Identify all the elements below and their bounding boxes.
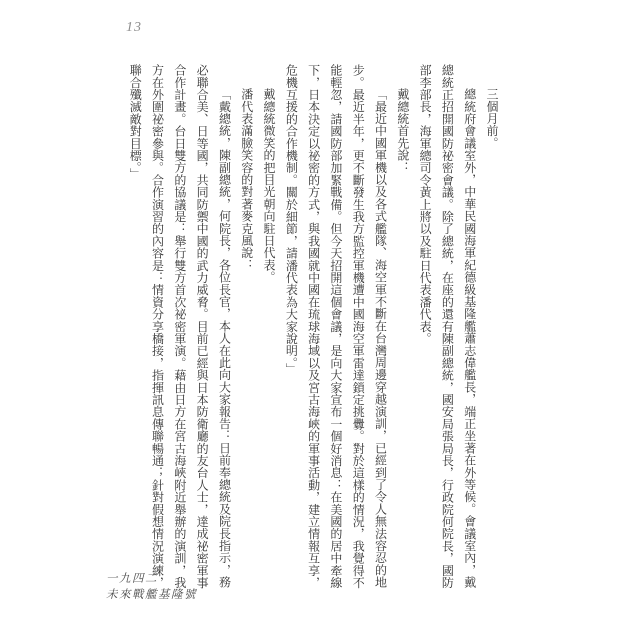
vertical-text-block: 三個月前。 總統府會議室外，中華民國海軍紀德級基隆艦蕭志偉艦長，端正坐著在外等候…	[124, 64, 503, 589]
footer-year: 一九四二	[106, 571, 197, 587]
paragraph-3: 戴總統首先說：	[392, 64, 414, 589]
footer-book-title: 未來戰艦基隆號	[106, 587, 197, 603]
paragraph-7: 「戴總統，陳副總統，何院長，各位長官，本人在此向大家報告：日前奉總統及院長指示，…	[124, 64, 235, 589]
page-number: 13	[126, 20, 142, 36]
book-page: 13 三個月前。 總統府會議室外，中華民國海軍紀德級基隆艦蕭志偉艦長，端正坐著在…	[0, 0, 640, 640]
paragraph-2: 總統府會議室外，中華民國海軍紀德級基隆艦蕭志偉艦長，端正坐著在外等候。會議室內，…	[414, 64, 481, 589]
paragraph-5: 戴總統微笑的把目光朝向駐日代表。	[258, 64, 280, 589]
running-footer: 一九四二 未來戰艦基隆號	[106, 571, 197, 603]
paragraph-1: 三個月前。	[481, 64, 503, 589]
paragraph-4: 「最近中國軍機以及各式艦隊、海空軍不斷在台灣周邊穿越演訓，已經到了令人無法容忍的…	[280, 64, 391, 589]
paragraph-6: 潘代表滿臉笑容的對著麥克風說：	[235, 64, 257, 589]
